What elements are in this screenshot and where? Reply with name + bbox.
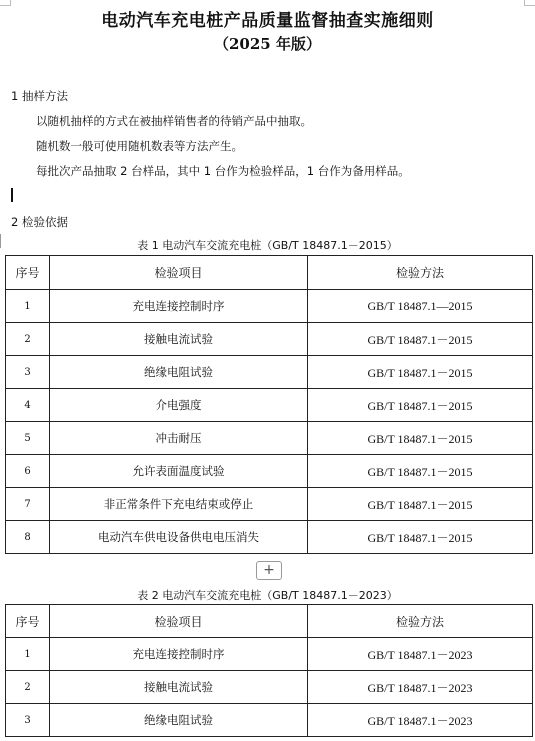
section-heading-basis: 2 检验依据: [11, 214, 68, 230]
cell-index[interactable]: 1: [6, 290, 50, 323]
table-row: 2 接触电流试验 GB/T 18487.1－2015: [6, 323, 533, 356]
table-row: 1 充电连接控制时序 GB/T 18487.1－2023: [6, 638, 533, 671]
table-row: 3 绝缘电阻试验 GB/T 18487.1－2023: [6, 704, 533, 737]
table-row: 7 非正常条件下充电结束或停止 GB/T 18487.1－2015: [6, 488, 533, 521]
table-1: 序号 检验项目 检验方法 1 充电连接控制时序 GB/T 18487.1—201…: [5, 255, 533, 554]
header-cell: 检验方法: [308, 256, 533, 290]
cell-index[interactable]: 8: [6, 521, 50, 554]
cell-method[interactable]: GB/T 18487.1－2015: [308, 455, 533, 488]
cell-item[interactable]: 接触电流试验: [50, 671, 308, 704]
cell-index[interactable]: 5: [6, 422, 50, 455]
cell-item[interactable]: 允许表面温度试验: [50, 455, 308, 488]
cell-index[interactable]: 2: [6, 671, 50, 704]
cell-method[interactable]: GB/T 18487.1－2015: [308, 356, 533, 389]
table-row: 6 允许表面温度试验 GB/T 18487.1－2015: [6, 455, 533, 488]
table-header-row: 序号 检验项目 检验方法: [6, 605, 533, 638]
cell-method[interactable]: GB/T 18487.1－2015: [308, 521, 533, 554]
table-row: 3 绝缘电阻试验 GB/T 18487.1－2015: [6, 356, 533, 389]
cell-item[interactable]: 冲击耐压: [50, 422, 308, 455]
paragraph: 以随机抽样的方式在被抽样销售者的待销产品中抽取。: [36, 113, 312, 129]
document-title: 电动汽车充电桩产品质量监督抽查实施细则: [0, 6, 535, 31]
cell-item[interactable]: 接触电流试验: [50, 323, 308, 356]
cell-method[interactable]: GB/T 18487.1－2015: [308, 422, 533, 455]
header-cell: 检验项目: [50, 256, 308, 290]
table-row: 2 接触电流试验 GB/T 18487.1－2023: [6, 671, 533, 704]
paragraph: 每批次产品抽取 2 台样品，其中 1 台作为检验样品，1 台作为备用样品。: [36, 163, 410, 179]
cell-index[interactable]: 7: [6, 488, 50, 521]
cell-item[interactable]: 绝缘电阻试验: [50, 356, 308, 389]
table-header-row: 序号 检验项目 检验方法: [6, 256, 533, 290]
cell-method[interactable]: GB/T 18487.1—2015: [308, 290, 533, 323]
table-row: 8 电动汽车供电设备供电电压消失 GB/T 18487.1－2015: [6, 521, 533, 554]
header-cell: 检验项目: [50, 605, 308, 638]
paragraph: 随机数一般可使用随机数表等方法产生。: [36, 138, 243, 154]
cell-method[interactable]: GB/T 18487.1－2023: [308, 638, 533, 671]
cell-item[interactable]: 充电连接控制时序: [50, 638, 308, 671]
cell-item[interactable]: 非正常条件下充电结束或停止: [50, 488, 308, 521]
cell-index[interactable]: 2: [6, 323, 50, 356]
cell-item[interactable]: 充电连接控制时序: [50, 290, 308, 323]
cell-index[interactable]: 3: [6, 704, 50, 737]
add-row-button[interactable]: +: [256, 561, 282, 580]
table-row: 4 介电强度 GB/T 18487.1－2015: [6, 389, 533, 422]
cell-index[interactable]: 3: [6, 356, 50, 389]
document-subtitle: （2025 年版）: [0, 33, 535, 54]
cell-method[interactable]: GB/T 18487.1－2023: [308, 671, 533, 704]
header-cell: 检验方法: [308, 605, 533, 638]
cell-method[interactable]: GB/T 18487.1－2015: [308, 488, 533, 521]
table-row: 1 充电连接控制时序 GB/T 18487.1—2015: [6, 290, 533, 323]
section-heading-sampling: 1 抽样方法: [11, 88, 68, 104]
cell-item[interactable]: 绝缘电阻试验: [50, 704, 308, 737]
cell-method[interactable]: GB/T 18487.1－2015: [308, 389, 533, 422]
cell-method[interactable]: GB/T 18487.1－2015: [308, 323, 533, 356]
cell-index[interactable]: 1: [6, 638, 50, 671]
table-row: 5 冲击耐压 GB/T 18487.1－2015: [6, 422, 533, 455]
cell-method[interactable]: GB/T 18487.1－2023: [308, 704, 533, 737]
table-2: 序号 检验项目 检验方法 1 充电连接控制时序 GB/T 18487.1－202…: [5, 604, 533, 737]
cell-index[interactable]: 6: [6, 455, 50, 488]
table-caption: 表 1 电动汽车交流充电桩（GB/T 18487.1－2015）: [0, 237, 535, 253]
table-caption: 表 2 电动汽车交流充电桩（GB/T 18487.1－2023）: [0, 587, 535, 603]
text-cursor[interactable]: [11, 188, 13, 202]
cell-index[interactable]: 4: [6, 389, 50, 422]
cell-item[interactable]: 介电强度: [50, 389, 308, 422]
cell-item[interactable]: 电动汽车供电设备供电电压消失: [50, 521, 308, 554]
header-cell: 序号: [6, 605, 50, 638]
header-cell: 序号: [6, 256, 50, 290]
